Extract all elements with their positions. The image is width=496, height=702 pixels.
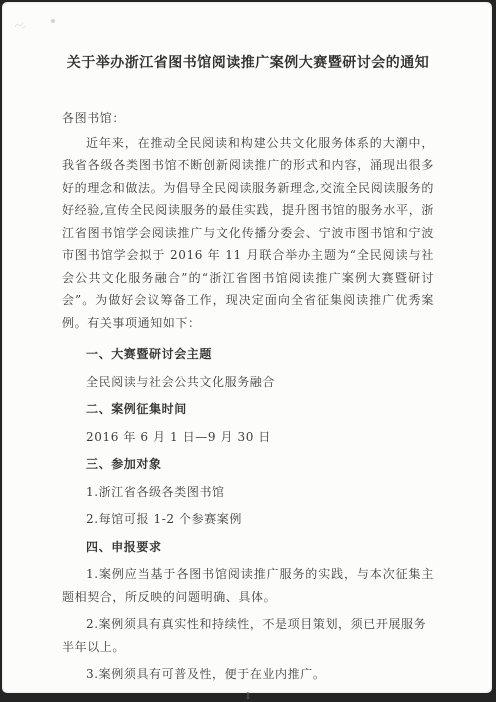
section-heading: 三、参加对象 bbox=[62, 453, 434, 476]
intro-paragraph: 近年来，在推动全民阅读和构建公共文化服务体系的大潮中，我省各级各类图书馆不断创新… bbox=[62, 132, 434, 335]
document-title: 关于举办浙江省图书馆阅读推广案例大赛暨研讨会的通知 bbox=[62, 52, 434, 74]
section-participants: 三、参加对象 1.浙江省各级各类图书馆 2.每馆可报 1-2 个参赛案例 bbox=[62, 453, 434, 531]
section-heading: 四、申报要求 bbox=[62, 536, 434, 559]
scanned-document-page: 关于举办浙江省图书馆阅读推广案例大赛暨研讨会的通知 各图书馆： 近年来，在推动全… bbox=[2, 2, 492, 693]
salutation: 各图书馆： bbox=[62, 107, 434, 130]
document-content: 关于举办浙江省图书馆阅读推广案例大赛暨研讨会的通知 各图书馆： 近年来，在推动全… bbox=[62, 2, 434, 700]
pencil-scribble-icon bbox=[12, 16, 38, 32]
scan-speck-icon bbox=[51, 19, 55, 23]
section-item: 2016 年 6 月 1 日—9 月 30 日 bbox=[62, 426, 434, 449]
section-item: 全民阅读与社会公共文化服务融合 bbox=[62, 371, 434, 394]
section-heading: 一、大赛暨研讨会主题 bbox=[62, 343, 434, 366]
section-requirements: 四、申报要求 1.案例应当基于各图书馆阅读推广服务的实践，与本次征集主题相契合，… bbox=[62, 536, 434, 686]
page-number: 1 bbox=[62, 692, 434, 701]
section-item: 2.案例须具有真实性和持续性，不是项目策划，须已开展服务半年以上。 bbox=[62, 613, 434, 658]
section-item: 1.浙江省各级各类图书馆 bbox=[62, 481, 434, 504]
section-collection-time: 二、案例征集时间 2016 年 6 月 1 日—9 月 30 日 bbox=[62, 398, 434, 448]
section-item: 2.每馆可报 1-2 个参赛案例 bbox=[62, 508, 434, 531]
section-theme: 一、大赛暨研讨会主题 全民阅读与社会公共文化服务融合 bbox=[62, 343, 434, 393]
section-item: 1.案例应当基于各图书馆阅读推广服务的实践，与本次征集主题相契合，所反映的问题明… bbox=[62, 563, 434, 608]
section-heading: 二、案例征集时间 bbox=[62, 398, 434, 421]
section-item: 3.案例须具有可普及性，便于在业内推广。 bbox=[62, 663, 434, 686]
